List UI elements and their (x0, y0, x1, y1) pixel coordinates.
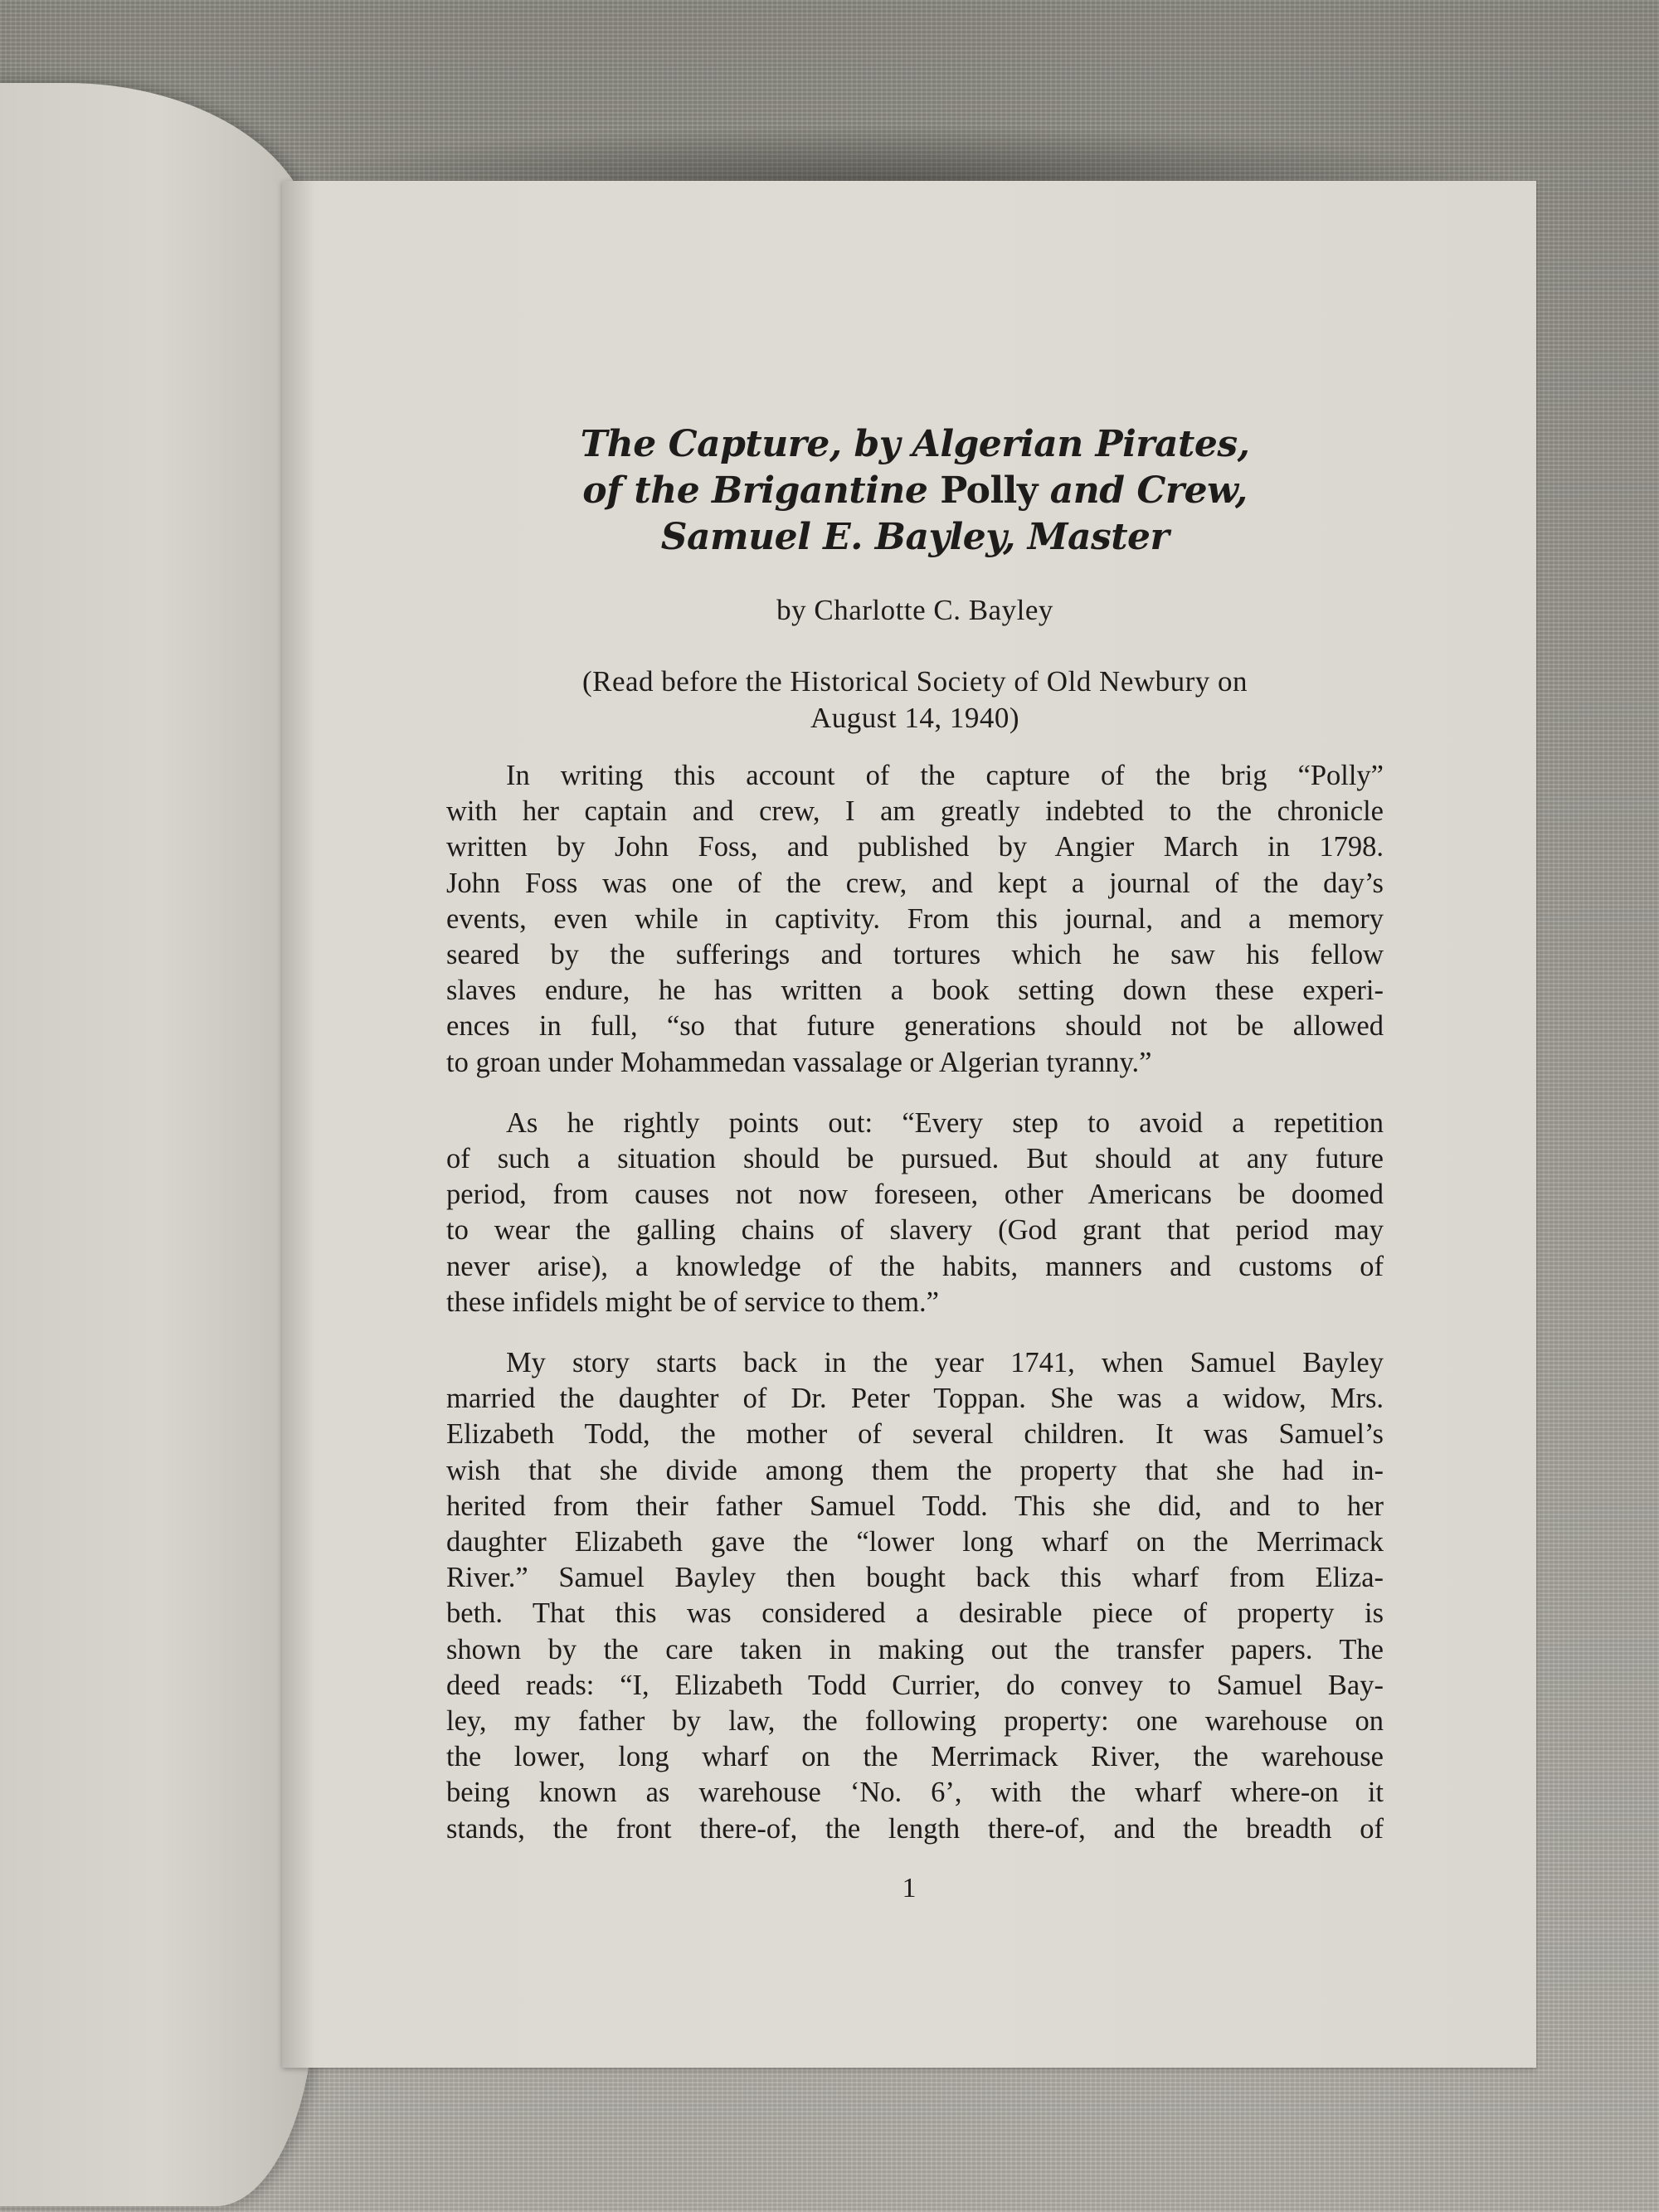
text-line: to wear the galling chains of slavery (G… (446, 1213, 1384, 1248)
reading-note-line-1: (Read before the Historical Society of O… (582, 665, 1248, 698)
text-line: seared by the sufferings and tortures wh… (446, 937, 1384, 973)
text-line: never arise), a knowledge of the habits,… (446, 1249, 1384, 1285)
paragraph-1: In writing this account of the capture o… (446, 758, 1384, 1081)
text-line: period, from causes not now foreseen, ot… (446, 1177, 1384, 1213)
title-line-1: The Capture, by Algerian Pirates, (581, 423, 1250, 465)
text-line: slaves endure, he has written a book set… (446, 973, 1384, 1009)
text-line: Elizabeth Todd, the mother of several ch… (446, 1417, 1384, 1452)
text-line: being known as warehouse ‘No. 6’, with t… (446, 1775, 1384, 1811)
text-line: with her captain and crew, I am greatly … (446, 794, 1384, 829)
text-line: written by John Foss, and published by A… (446, 829, 1384, 865)
text-line: of such a situation should be pursued. B… (446, 1141, 1384, 1177)
book-page: The Capture, by Algerian Pirates, of the… (282, 181, 1536, 2068)
text-line: In writing this account of the capture o… (446, 758, 1384, 794)
text-line: events, even while in captivity. From th… (446, 902, 1384, 937)
paragraph-2: As he rightly points out: “Every step to… (446, 1106, 1384, 1320)
body-text: In writing this account of the capture o… (446, 758, 1384, 1847)
reading-note: (Read before the Historical Society of O… (446, 664, 1384, 737)
page-gutter-shadow (282, 181, 315, 2068)
title-line-2-post: and Crew, (1038, 469, 1248, 512)
text-line: My story starts back in the year 1741, w… (446, 1345, 1384, 1381)
article-title: The Capture, by Algerian Pirates, of the… (446, 421, 1384, 561)
left-page-facing (0, 83, 315, 2206)
text-line: shown by the care taken in making out th… (446, 1632, 1384, 1668)
paragraph-3: My story starts back in the year 1741, w… (446, 1345, 1384, 1847)
ship-name: Polly (940, 469, 1038, 512)
text-line: wish that she divide among them the prop… (446, 1453, 1384, 1489)
text-line: the lower, long wharf on the Merrimack R… (446, 1739, 1384, 1775)
title-line-2: of the Brigantine Polly and Crew, (582, 469, 1247, 512)
text-line: to groan under Mohammedan vassalage or A… (446, 1045, 1384, 1081)
text-line: herited from their father Samuel Todd. T… (446, 1489, 1384, 1524)
text-line: River.” Samuel Bayley then bought back t… (446, 1560, 1384, 1596)
reading-note-line-2: August 14, 1940) (810, 702, 1019, 734)
text-line: As he rightly points out: “Every step to… (446, 1106, 1384, 1141)
text-line: daughter Elizabeth gave the “lower long … (446, 1524, 1384, 1560)
author-byline: by Charlotte C. Bayley (446, 594, 1384, 627)
text-line: John Foss was one of the crew, and kept … (446, 866, 1384, 902)
page-number: 1 (282, 1873, 1536, 1904)
text-line: beth. That this was considered a desirab… (446, 1596, 1384, 1631)
text-line: deed reads: “I, Elizabeth Todd Currier, … (446, 1668, 1384, 1704)
page-content: The Capture, by Algerian Pirates, of the… (446, 421, 1384, 1872)
text-line: ences in full, “so that future generatio… (446, 1009, 1384, 1044)
title-line-2-pre: of the Brigantine (582, 469, 940, 512)
text-line: married the daughter of Dr. Peter Toppan… (446, 1381, 1384, 1417)
text-line: ley, my father by law, the following pro… (446, 1704, 1384, 1739)
text-line: these infidels might be of service to th… (446, 1285, 1384, 1320)
title-line-3: Samuel E. Bayley, Master (661, 516, 1170, 558)
text-line: stands, the front there-of, the length t… (446, 1811, 1384, 1847)
